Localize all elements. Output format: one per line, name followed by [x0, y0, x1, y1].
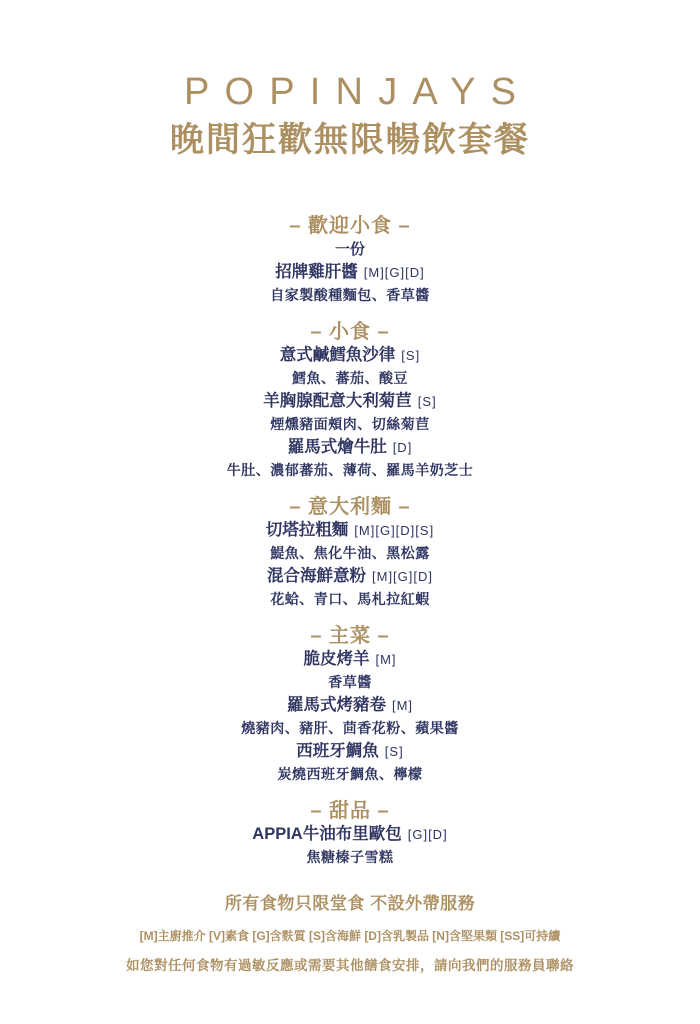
menu-item: 羅馬式烤豬卷[M] 燒豬肉、豬肝、茴香花粉、蘋果醬	[0, 694, 700, 740]
item-dietary-tags: [S]	[401, 348, 420, 363]
menu-item-name: 羅馬式燴牛肚	[288, 438, 387, 456]
menu-item: 意式鹹鱈魚沙律[S] 鱈魚、蕃茄、酸豆	[0, 344, 700, 390]
menu-item-name: 切塔拉粗麵	[266, 521, 349, 539]
item-dietary-tags: [G][D]	[408, 827, 448, 842]
section-header: – 歡迎小食 –	[0, 215, 700, 238]
item-description: 鱈魚、蕃茄、酸豆	[0, 367, 700, 390]
section-header: – 甜品 –	[0, 800, 700, 823]
item-description: 燒豬肉、豬肝、茴香花粉、蘋果醬	[0, 717, 700, 740]
menu-item-name: APPIA牛油布里歐包	[252, 825, 401, 843]
dietary-legend: [M]主廚推介 [V]素食 [G]含麩質 [S]含海鮮 [D]含乳製品 [N]含…	[0, 928, 700, 944]
restaurant-logo: POPINJAYS	[0, 0, 700, 114]
menu-footer: 所有食物只限堂食 不設外帶服務 [M]主廚推介 [V]素食 [G]含麩質 [S]…	[0, 893, 700, 975]
section-welcome-snack: – 歡迎小食 – 一份 招牌雞肝醬[M][G][D] 自家製酸種麵包、香草醬	[0, 215, 700, 307]
section-dessert: – 甜品 – APPIA牛油布里歐包[G][D] 焦糖榛子雪糕	[0, 800, 700, 869]
item-description: 香草醬	[0, 671, 700, 694]
menu-item: 羅馬式燴牛肚[D] 牛肚、濃郁蕃茄、薄荷、羅馬羊奶芝士	[0, 436, 700, 482]
dine-in-notice: 所有食物只限堂食 不設外帶服務	[0, 893, 700, 915]
menu-item: 切塔拉粗麵[M][G][D][S] 鯷魚、焦化牛油、黑松露	[0, 519, 700, 565]
menu-page: POPINJAYS 晚間狂歡無限暢飲套餐 – 歡迎小食 – 一份 招牌雞肝醬[M…	[0, 0, 700, 975]
allergy-notice: 如您對任何食物有過敏反應或需要其他饍食安排，請向我們的服務員聯絡	[0, 957, 700, 975]
menu-item: 脆皮烤羊[M] 香草醬	[0, 648, 700, 694]
menu-item-name: 招牌雞肝醬	[275, 263, 358, 281]
item-description: 花蛤、青口、馬札拉紅蝦	[0, 588, 700, 611]
section-header: – 小食 –	[0, 321, 700, 344]
menu-item-name: 混合海鮮意粉	[267, 567, 366, 585]
menu-item: 西班牙鯛魚[S] 炭燒西班牙鯛魚、檸檬	[0, 740, 700, 786]
menu-item: APPIA牛油布里歐包[G][D] 焦糖榛子雪糕	[0, 823, 700, 869]
item-description: 鯷魚、焦化牛油、黑松露	[0, 542, 700, 565]
item-description: 炭燒西班牙鯛魚、檸檬	[0, 763, 700, 786]
item-dietary-tags: [M][G][D]	[364, 265, 425, 280]
menu-item: 混合海鮮意粉[M][G][D] 花蛤、青口、馬札拉紅蝦	[0, 565, 700, 611]
section-main-course: – 主菜 – 脆皮烤羊[M] 香草醬 羅馬式烤豬卷[M] 燒豬肉、豬肝、茴香花粉…	[0, 625, 700, 786]
section-header: – 意大利麵 –	[0, 496, 700, 519]
item-dietary-tags: [M]	[392, 698, 413, 713]
item-description: 焦糖榛子雪糕	[0, 846, 700, 869]
menu-item-name: 脆皮烤羊	[303, 650, 369, 668]
section-snack: – 小食 – 意式鹹鱈魚沙律[S] 鱈魚、蕃茄、酸豆 羊胸腺配意大利菊苣[S] …	[0, 321, 700, 482]
menu-title: 晚間狂歡無限暢飲套餐	[0, 120, 700, 160]
item-description: 牛肚、濃郁蕃茄、薄荷、羅馬羊奶芝士	[0, 459, 700, 482]
menu-item-name: 羊胸腺配意大利菊苣	[263, 392, 412, 410]
item-description: 自家製酸種麵包、香草醬	[0, 284, 700, 307]
item-dietary-tags: [M][G][D][S]	[354, 523, 434, 538]
item-dietary-tags: [S]	[385, 744, 404, 759]
section-pasta: – 意大利麵 – 切塔拉粗麵[M][G][D][S] 鯷魚、焦化牛油、黑松露 混…	[0, 496, 700, 611]
menu-item-name: 意式鹹鱈魚沙律	[280, 346, 396, 364]
menu-item: 羊胸腺配意大利菊苣[S] 煙燻豬面頰肉、切絲菊苣	[0, 390, 700, 436]
item-dietary-tags: [M]	[375, 652, 396, 667]
menu-item-name: 西班牙鯛魚	[296, 742, 379, 760]
item-dietary-tags: [M][G][D]	[372, 569, 433, 584]
section-subtitle: 一份	[0, 238, 700, 261]
menu-item-name: 羅馬式烤豬卷	[287, 696, 386, 714]
item-dietary-tags: [D]	[393, 440, 413, 455]
item-dietary-tags: [S]	[418, 394, 437, 409]
item-description: 煙燻豬面頰肉、切絲菊苣	[0, 413, 700, 436]
menu-item: 招牌雞肝醬[M][G][D] 自家製酸種麵包、香草醬	[0, 261, 700, 307]
section-header: – 主菜 –	[0, 625, 700, 648]
